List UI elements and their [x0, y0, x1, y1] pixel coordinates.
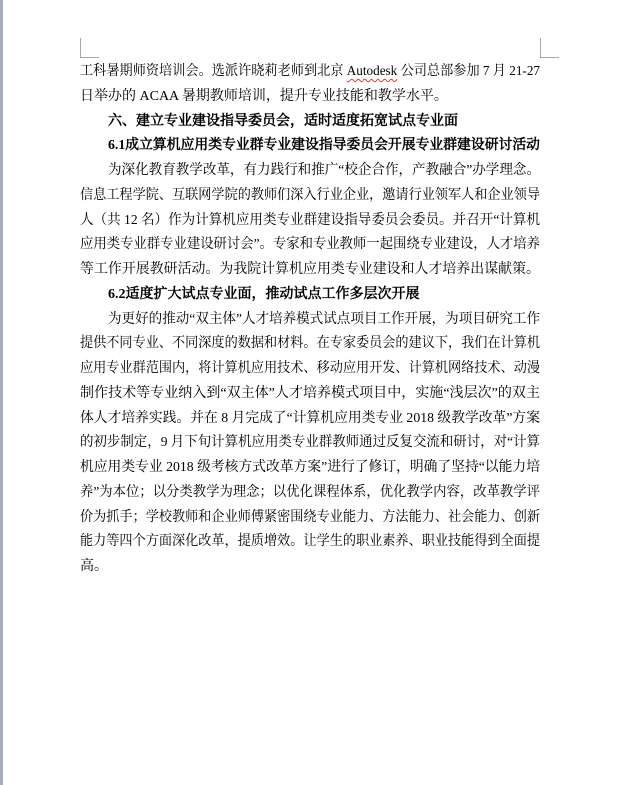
line-text: 等工作开展教研活动。为我院计算机应用类专业建设和人才培养出谋献策。 — [80, 258, 540, 283]
line-text: 体人才培养实践。并在 8 月完成了“计算机应用类专业 2018 级教学改革”方案 — [80, 407, 540, 432]
text-line[interactable]: 等工作开展教研活动。为我院计算机应用类专业建设和人才培养出谋献策。 — [80, 258, 540, 283]
margin-crop-mark-top-right-icon — [540, 38, 559, 58]
text-segment: 价为抓手；学校教师和企业师傅紧密围绕专业能力、方法能力、社会能力、创新 — [80, 510, 540, 525]
text-segment: 信息工程学院、互联网学院的教师们深入行业企业，邀请行业领军人和企业领导 — [80, 188, 540, 203]
text-segment: 6.2适度扩大试点专业面，推动试点工作多层次开展 — [108, 287, 420, 302]
text-line[interactable]: 制作技术等专业纳入到“双主体”人才培养模式项目中，实施“浅层次”的双主 — [80, 382, 540, 407]
line-text: 应用专业群范围内，将计算机应用技术、移动应用开发、计算机网络技术、动漫 — [80, 357, 540, 382]
text-segment: 6.1成立算机应用类专业群专业建设指导委员会开展专业群建设研讨活动 — [108, 138, 540, 153]
text-line[interactable]: 的初步制定，9 月下旬计算机应用类专业群教师通过反复交流和研讨，对“计算 — [80, 431, 540, 456]
text-line[interactable]: 应用专业群范围内，将计算机应用技术、移动应用开发、计算机网络技术、动漫 — [80, 357, 540, 382]
text-line[interactable]: 人（共 12 名）作为计算机应用类专业群建设指导委员会委员。并召开“计算机 — [80, 209, 540, 234]
text-segment: 制作技术等专业纳入到“双主体”人才培养模式项目中，实施“浅层次”的双主 — [80, 386, 540, 401]
line-text: 价为抓手；学校教师和企业师傅紧密围绕专业能力、方法能力、社会能力、创新 — [80, 506, 540, 531]
text-line[interactable]: 工科暑期师资培训会。选派许晓莉老师到北京 Autodesk 公司总部参加 7 月… — [80, 60, 540, 85]
text-line[interactable]: 机应用类专业 2018 级考核方式改革方案”进行了修订，明确了坚持“以能力培 — [80, 456, 540, 481]
text-segment: 提供不同专业、不同深度的数据和材料。在专家委员会的建议下，我们在计算机 — [80, 336, 540, 351]
text-segment: 六、建立专业建设指导委员会，适时适度拓宽试点专业面 — [108, 114, 458, 129]
text-line[interactable]: 为深化教育教学改革，有力践行和推广“校企合作，产教融合”办学理念。 — [80, 159, 540, 184]
text-segment: 日举办的 ACAA 暑期教师培训，提升专业技能和教学水平。 — [80, 89, 448, 104]
text-segment: 工科暑期师资培训会。选派许晓莉老师到北京 — [80, 64, 347, 79]
text-line[interactable]: 养”为本位；以分类教学为理念；以优化课程体系，优化教学内容，改革教学评 — [80, 481, 540, 506]
text-line[interactable]: 价为抓手；学校教师和企业师傅紧密围绕专业能力、方法能力、社会能力、创新 — [80, 506, 540, 531]
word-document-page: 工科暑期师资培训会。选派许晓莉老师到北京 Autodesk 公司总部参加 7 月… — [0, 0, 636, 785]
text-line[interactable]: 日举办的 ACAA 暑期教师培训，提升专业技能和教学水平。 — [80, 85, 540, 110]
heading-line[interactable]: 六、建立专业建设指导委员会，适时适度拓宽试点专业面 — [80, 110, 540, 135]
document-body[interactable]: 工科暑期师资培训会。选派许晓莉老师到北京 Autodesk 公司总部参加 7 月… — [80, 60, 540, 580]
text-line[interactable]: 体人才培养实践。并在 8 月完成了“计算机应用类专业 2018 级教学改革”方案 — [80, 407, 540, 432]
margin-crop-mark-top-left-icon — [80, 38, 99, 58]
heading-line[interactable]: 6.2适度扩大试点专业面，推动试点工作多层次开展 — [80, 283, 540, 308]
line-text: 6.2适度扩大试点专业面，推动试点工作多层次开展 — [108, 283, 420, 308]
text-segment: 为深化教育教学改革，有力践行和推广“校企合作，产教融合”办学理念。 — [108, 163, 540, 178]
line-text: 为更好的推动“双主体”人才培养模式试点项目工作开展，为项目研究工作 — [108, 308, 540, 333]
text-line[interactable]: 高。 — [80, 555, 540, 580]
line-text: 高。 — [80, 555, 108, 580]
text-segment: 能力等四个方面深化改革，提质增效。让学生的职业素养、职业技能得到全面提 — [80, 534, 540, 549]
text-segment: 应用类专业群专业建设研讨会”。专家和专业教师一起围绕专业建设，人才培养 — [80, 237, 540, 252]
text-line[interactable]: 为更好的推动“双主体”人才培养模式试点项目工作开展，为项目研究工作 — [80, 308, 540, 333]
line-text: 能力等四个方面深化改革，提质增效。让学生的职业素养、职业技能得到全面提 — [80, 530, 540, 555]
line-text: 人（共 12 名）作为计算机应用类专业群建设指导委员会委员。并召开“计算机 — [80, 209, 540, 234]
line-text: 六、建立专业建设指导委员会，适时适度拓宽试点专业面 — [108, 110, 458, 135]
text-line[interactable]: 应用类专业群专业建设研讨会”。专家和专业教师一起围绕专业建设，人才培养 — [80, 233, 540, 258]
line-text: 制作技术等专业纳入到“双主体”人才培养模式项目中，实施“浅层次”的双主 — [80, 382, 540, 407]
text-segment: 高。 — [80, 559, 108, 574]
line-text: 信息工程学院、互联网学院的教师们深入行业企业，邀请行业领军人和企业领导 — [80, 184, 540, 209]
misspelled-word: Autodesk — [347, 64, 398, 79]
text-segment: 公司总部参加 7 月 21-27 — [397, 64, 540, 79]
text-line[interactable]: 能力等四个方面深化改革，提质增效。让学生的职业素养、职业技能得到全面提 — [80, 530, 540, 555]
text-segment: 人（共 12 名）作为计算机应用类专业群建设指导委员会委员。并召开“计算机 — [80, 213, 540, 228]
line-text: 为深化教育教学改革，有力践行和推广“校企合作，产教融合”办学理念。 — [108, 159, 540, 184]
window-left-edge — [0, 0, 3, 785]
line-text: 养”为本位；以分类教学为理念；以优化课程体系，优化教学内容，改革教学评 — [80, 481, 540, 506]
text-segment: 等工作开展教研活动。为我院计算机应用类专业建设和人才培养出谋献策。 — [80, 262, 540, 277]
text-segment: 应用专业群范围内，将计算机应用技术、移动应用开发、计算机网络技术、动漫 — [80, 361, 540, 376]
text-segment: 为更好的推动“双主体”人才培养模式试点项目工作开展，为项目研究工作 — [108, 312, 540, 327]
line-text: 6.1成立算机应用类专业群专业建设指导委员会开展专业群建设研讨活动 — [108, 134, 540, 159]
line-text: 应用类专业群专业建设研讨会”。专家和专业教师一起围绕专业建设，人才培养 — [80, 233, 540, 258]
text-segment: 机应用类专业 2018 级考核方式改革方案”进行了修订，明确了坚持“以能力培 — [80, 460, 540, 475]
text-segment: 养”为本位；以分类教学为理念；以优化课程体系，优化教学内容，改革教学评 — [80, 485, 540, 500]
line-text: 的初步制定，9 月下旬计算机应用类专业群教师通过反复交流和研讨，对“计算 — [80, 431, 540, 456]
text-line[interactable]: 信息工程学院、互联网学院的教师们深入行业企业，邀请行业领军人和企业领导 — [80, 184, 540, 209]
line-text: 提供不同专业、不同深度的数据和材料。在专家委员会的建议下，我们在计算机 — [80, 332, 540, 357]
line-text: 日举办的 ACAA 暑期教师培训，提升专业技能和教学水平。 — [80, 85, 448, 110]
text-segment: 的初步制定，9 月下旬计算机应用类专业群教师通过反复交流和研讨，对“计算 — [80, 435, 540, 450]
line-text: 机应用类专业 2018 级考核方式改革方案”进行了修订，明确了坚持“以能力培 — [80, 456, 540, 481]
text-line[interactable]: 提供不同专业、不同深度的数据和材料。在专家委员会的建议下，我们在计算机 — [80, 332, 540, 357]
text-segment: 体人才培养实践。并在 8 月完成了“计算机应用类专业 2018 级教学改革”方案 — [80, 411, 540, 426]
line-text: 工科暑期师资培训会。选派许晓莉老师到北京 Autodesk 公司总部参加 7 月… — [80, 60, 540, 85]
heading-line[interactable]: 6.1成立算机应用类专业群专业建设指导委员会开展专业群建设研讨活动 — [80, 134, 540, 159]
